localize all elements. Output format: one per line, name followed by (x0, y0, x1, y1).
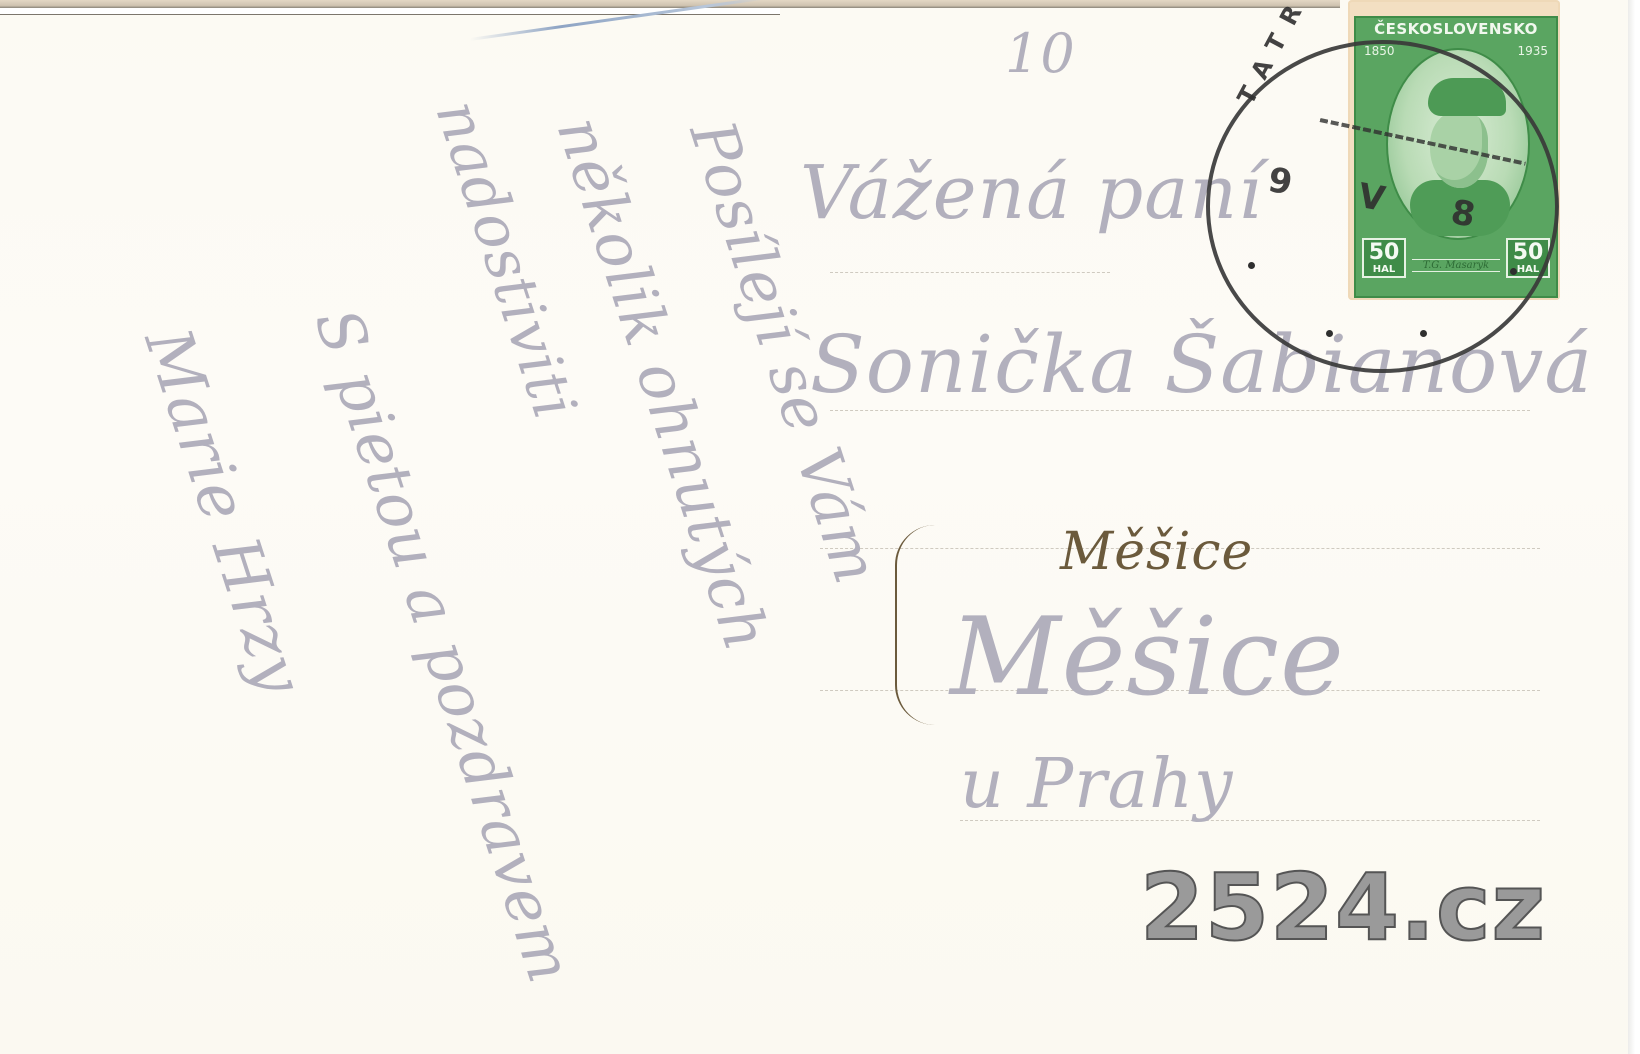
postmark-dot (1326, 330, 1333, 337)
postmark-dot (1248, 262, 1255, 269)
address-town: Měšice (950, 595, 1345, 720)
address-rule (830, 272, 1110, 273)
postmark-dot (1510, 268, 1517, 275)
address-salutation: Vážená paní (800, 150, 1263, 236)
address-brace (895, 525, 957, 725)
scan-border (1628, 0, 1640, 1054)
stamp-year-right: 1935 (1517, 44, 1548, 58)
address-town-ink: Měšice (1060, 522, 1253, 582)
address-region: u Prahy (960, 745, 1233, 824)
top-edge (0, 0, 1340, 8)
stamp-country: ČESKOSLOVENSKO (1356, 20, 1556, 38)
corner-note: 10 (1005, 22, 1076, 85)
postmark-dot (1420, 330, 1427, 337)
site-watermark: 2524.cz (1140, 862, 1546, 954)
